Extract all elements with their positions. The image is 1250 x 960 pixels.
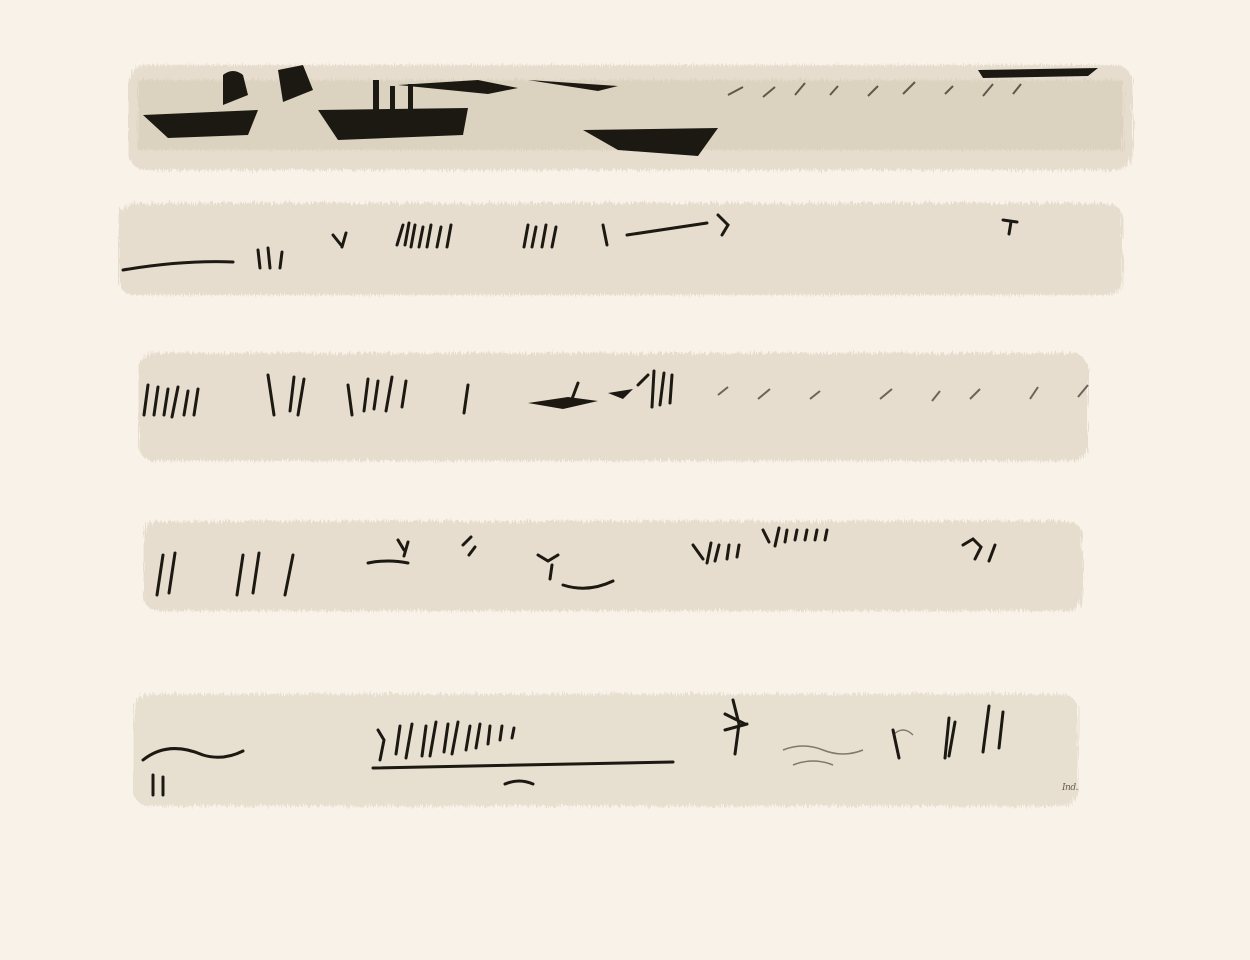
ink-band-3-crowd-birds [138,345,1093,470]
artwork-sheet: Ind. [0,0,1250,960]
ink-band-4-figures-boat [143,515,1088,620]
ink-band-2-shoreline [118,195,1128,305]
artist-signature: Ind. [1062,783,1078,793]
ink-band-1-boats [128,50,1138,180]
ink-band-5-procession [133,680,1083,815]
